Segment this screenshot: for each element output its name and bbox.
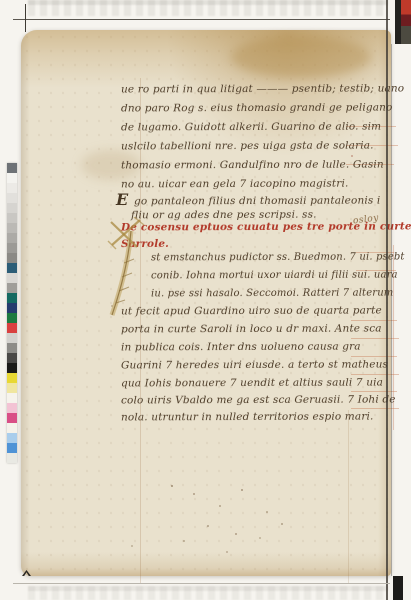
ink-specks xyxy=(171,485,173,487)
color-patch xyxy=(7,333,17,343)
pen-flourish-initial xyxy=(104,217,150,319)
text-line: porta in curte Saroli in loco u dr maxi.… xyxy=(121,323,382,337)
bottom-left-mark xyxy=(22,570,31,576)
pen-initial-E: E xyxy=(116,190,128,209)
text-line: conib. Iohna mortui uxor uiardi ui filii… xyxy=(151,269,398,283)
corner-tab-red-top xyxy=(401,0,411,26)
frame-line-top xyxy=(13,19,390,20)
text-line: de lugamo. Guidott alkerii. Guarino de a… xyxy=(121,121,381,135)
text-line: no au. uicar ean gela 7 iacopino magistr… xyxy=(121,178,349,192)
color-patch xyxy=(7,303,17,313)
frame-line-right xyxy=(386,0,388,600)
color-patch xyxy=(7,213,17,223)
signature-line: go pantaleon filius dni thomasii pantale… xyxy=(134,195,380,209)
text-line: iu. pse ssi hasalo. Seccomoi. Ratteri 7 … xyxy=(151,287,393,301)
color-patch xyxy=(7,403,17,413)
color-patch xyxy=(7,253,17,263)
color-patch xyxy=(7,263,17,273)
color-patch xyxy=(7,423,17,433)
text-line: colo uiris Vbaldo me ga est sca Geruasii… xyxy=(121,394,396,408)
color-patch xyxy=(7,273,17,283)
color-patch xyxy=(7,343,17,353)
ghost-text-band-bottom xyxy=(28,586,388,600)
stain-top xyxy=(231,36,371,78)
color-patch xyxy=(7,363,17,373)
text-line: st emstanchus pudictor ss. Buedmon. 7 ui… xyxy=(151,251,405,265)
color-patch xyxy=(7,233,17,243)
text-line: nola. utruntur in nulled territorios esp… xyxy=(121,411,374,425)
ghost-text-band-top xyxy=(28,0,388,16)
color-patch xyxy=(7,373,17,383)
manuscript-photo: ue ro parti in qua litigat ——— psentib; … xyxy=(0,0,411,600)
color-patch xyxy=(7,393,17,403)
text-line: thomasio ermoni. Gandulfino nro de lulle… xyxy=(121,159,384,173)
text-line: Guarini 7 heredes uiri eiusde. a terto s… xyxy=(121,359,388,373)
color-patch xyxy=(7,443,17,453)
text-line: ut fecit apud Guardino uiro suo de quart… xyxy=(121,305,382,319)
text-line: dno paro Rog s. eius thomasio grandi ge … xyxy=(121,102,393,116)
text-line: ue ro parti in qua litigat ——— psentib; … xyxy=(121,83,404,97)
color-patch xyxy=(7,313,17,323)
frame-line-bottom xyxy=(13,583,390,584)
frame-line-right-outer xyxy=(391,44,392,576)
color-calibration-strip xyxy=(7,163,17,463)
color-patch xyxy=(7,323,17,333)
text-line: qua Iohis bonauere 7 uendit et altius sa… xyxy=(121,377,383,391)
color-patch xyxy=(7,283,17,293)
text-line: in publica cois. Inter dns uolueno causa… xyxy=(121,341,361,355)
color-patch xyxy=(7,183,17,193)
color-patch xyxy=(7,433,17,443)
color-patch xyxy=(7,413,17,423)
registration-tick-top-left xyxy=(25,4,26,32)
color-patch xyxy=(7,173,17,183)
ruling-vertical-mid xyxy=(348,410,349,583)
color-patch xyxy=(7,163,17,173)
parchment-page: ue ro parti in qua litigat ——— psentib; … xyxy=(21,30,391,576)
color-patch xyxy=(7,453,17,463)
corner-tab-black-bottom xyxy=(393,576,403,600)
text-line: uslcilo tabellioni nre. pes uiga gsta de… xyxy=(121,140,374,154)
color-patch xyxy=(7,223,17,233)
color-patch xyxy=(7,293,17,303)
color-patch xyxy=(7,243,17,253)
corner-tab-olive-top xyxy=(401,26,411,44)
color-patch xyxy=(7,383,17,393)
color-patch xyxy=(7,193,17,203)
color-patch xyxy=(7,353,17,363)
color-patch xyxy=(7,203,17,213)
